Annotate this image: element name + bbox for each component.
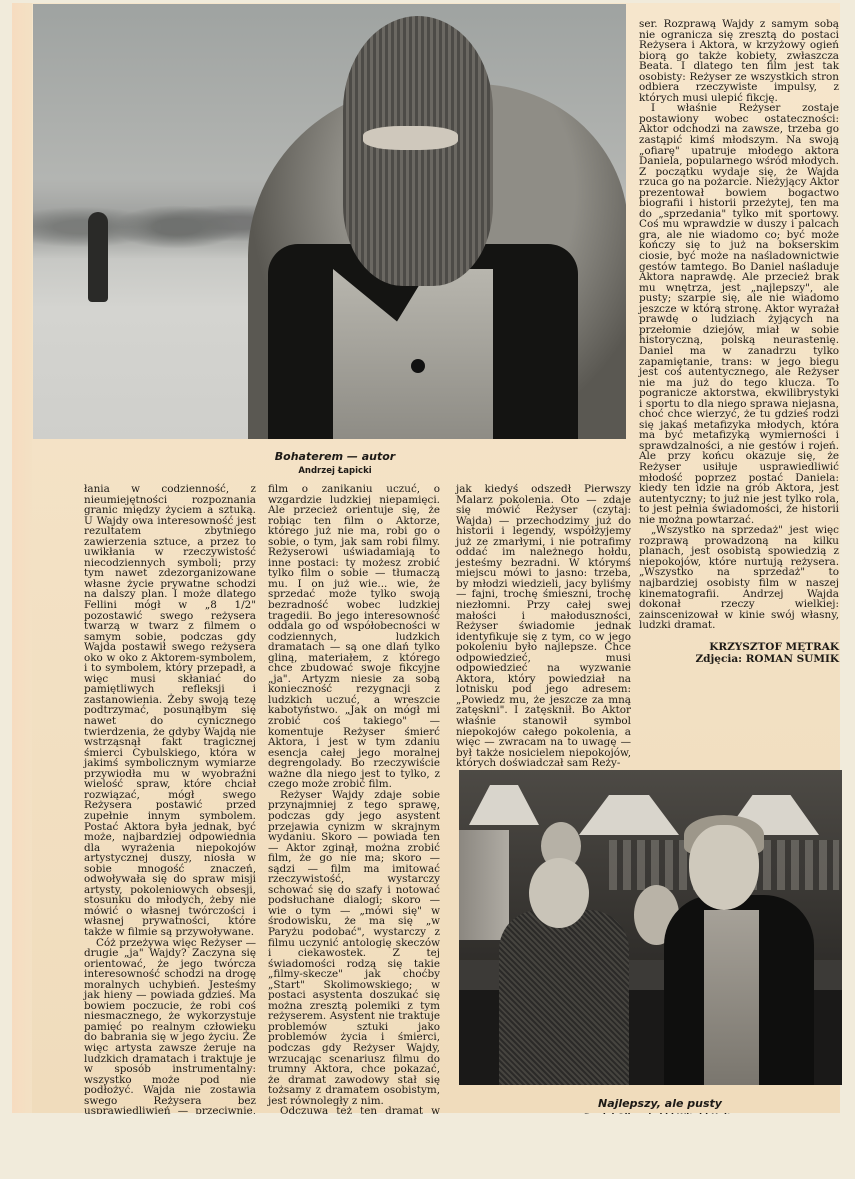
paragraph: I właśnie Reżyser zostaje postawiony wob… — [639, 103, 839, 525]
article-column-1: łania w codzienność, z nieumiejętności r… — [84, 484, 256, 1159]
photo-bar-scene — [459, 770, 842, 1085]
photo-knitted-balaclava — [343, 16, 493, 286]
paragraph: jak kiedyś odszedł Pierwszy Malarz pokol… — [456, 484, 631, 769]
photo1-caption-sub: Andrzej Łapicki — [250, 466, 420, 476]
photo-coat-button — [411, 359, 425, 373]
photo-hero-balaclava — [33, 4, 626, 439]
photo-curtain — [459, 830, 509, 940]
byline: KRZYSZTOF MĘTRAK Zdjęcia: ROMAN SUMIK — [639, 641, 839, 665]
photo-eyes-slit — [363, 126, 458, 150]
photo-man-left-head — [529, 858, 589, 928]
photo2-caption-title: Najlepszy, ale pusty — [560, 1097, 760, 1110]
author-name: KRZYSZTOF MĘTRAK — [639, 641, 839, 653]
photo-background-trees — [33, 179, 273, 259]
photo-man-right-head — [689, 825, 759, 910]
paragraph: łania w codzienność, z nieumiejętności r… — [84, 484, 256, 938]
article-column-4: ser. Rozprawą Wajdy z samym sobą nie ogr… — [639, 19, 839, 665]
article-column-3: jak kiedyś odszedł Pierwszy Malarz pokol… — [456, 484, 631, 769]
paragraph: ser. Rozprawą Wajdy z samym sobą nie ogr… — [639, 19, 839, 103]
photo1-caption: Bohaterem — autor Andrzej Łapicki — [250, 450, 420, 476]
photo-man-right-shirt — [704, 910, 759, 1085]
scan-margin — [0, 1114, 855, 1179]
paragraph: film o zanikaniu uczuć, o wzgardzie ludz… — [268, 484, 440, 790]
page-edge — [12, 3, 32, 1113]
photo-credit: Zdjęcia: ROMAN SUMIK — [639, 653, 839, 665]
photo1-caption-title: Bohaterem — autor — [250, 450, 420, 463]
paragraph: Reżyser Wajdy zdaje sobie przynajmniej z… — [268, 790, 440, 1106]
photo-background-figure — [88, 212, 108, 302]
article-column-2: film o zanikaniu uczuć, o wzgardzie ludz… — [268, 484, 440, 1170]
paragraph: „Wszystko na sprzedaż" jest więc rozpraw… — [639, 525, 839, 630]
photo-man-left-jacket — [499, 910, 629, 1085]
